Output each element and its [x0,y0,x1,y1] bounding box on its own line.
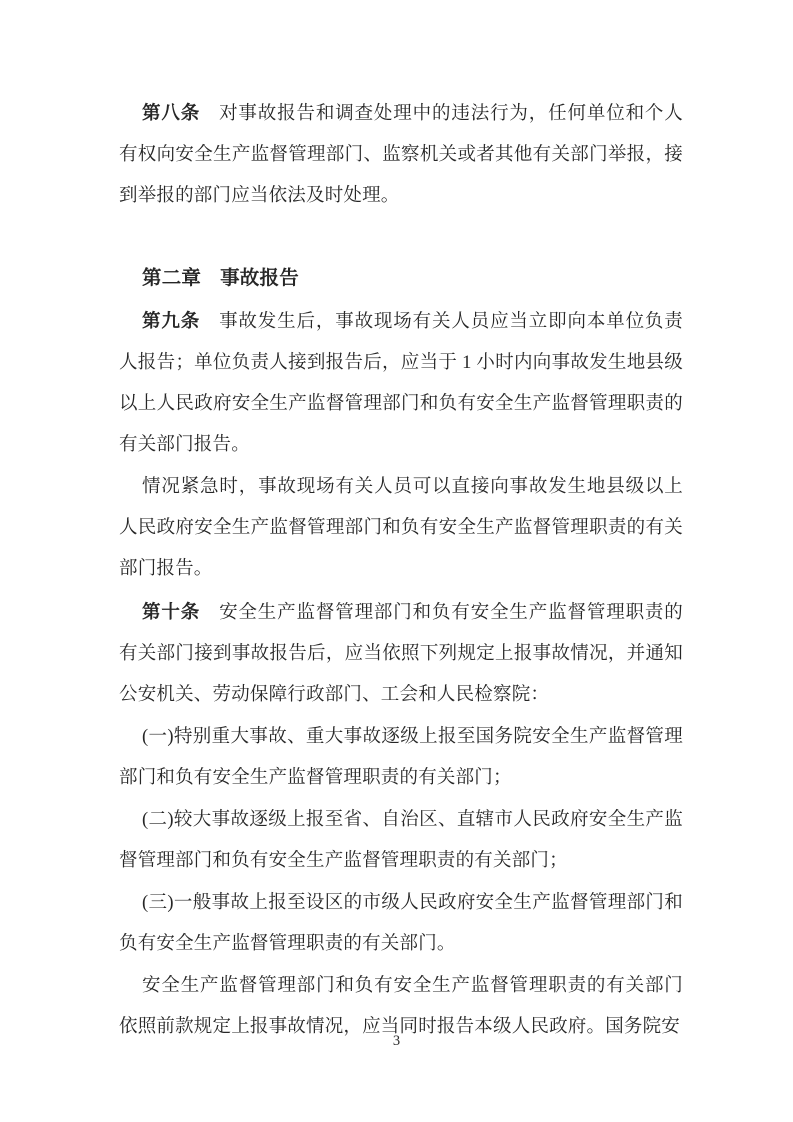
page-footer: 3 [0,1032,793,1050]
chapter-heading: 第二章事故报告 [119,258,683,299]
body-paragraph: 情况紧急时，事故现场有关人员可以直接向事故发生地县级以上人民政府安全生产监督管理… [119,467,683,590]
document-body: 第八条对事故报告和调查处理中的违法行为，任何单位和个人有权向安全生产监督管理部门… [119,91,683,1048]
paragraph-text: (二)较大事故逐级上报至省、自治区、直辖市人民政府安全生产监督管理部门和负有安全… [119,810,683,871]
article-paragraph: 第九条事故发生后，事故现场有关人员应当立即向本单位负责人报告；单位负责人接到报告… [119,302,683,466]
page-number: 3 [393,1033,400,1049]
paragraph-text: (一)特别重大事故、重大事故逐级上报至国务院安全生产监督管理部门和负有安全生产监… [119,727,683,788]
article-number: 第九条 [142,312,200,332]
article-paragraph: 第十条安全生产监督管理部门和负有安全生产监督管理职责的有关部门接到事故报告后，应… [119,593,683,716]
article-number: 第十条 [142,603,200,623]
body-paragraph: (二)较大事故逐级上报至省、自治区、直辖市人民政府安全生产监督管理部门和负有安全… [119,800,683,882]
body-paragraph: (三)一般事故上报至设区的市级人民政府安全生产监督管理部门和负有安全生产监督管理… [119,883,683,965]
body-paragraph: (一)特别重大事故、重大事故逐级上报至国务院安全生产监督管理部门和负有安全生产监… [119,717,683,799]
chapter-title: 事故报告 [220,268,299,289]
paragraph-text: 安全生产监督管理部门和负有安全生产监督管理职责的有关部门依照前款规定上报事故情况… [119,976,683,1037]
article-paragraph: 第八条对事故报告和调查处理中的违法行为，任何单位和个人有权向安全生产监督管理部门… [119,94,683,217]
document-page: 第八条对事故报告和调查处理中的违法行为，任何单位和个人有权向安全生产监督管理部门… [0,0,793,1122]
paragraph-text: 事故发生后，事故现场有关人员应当立即向本单位负责人报告；单位负责人接到报告后，应… [119,312,683,455]
paragraph-text: 情况紧急时，事故现场有关人员可以直接向事故发生地县级以上人民政府安全生产监督管理… [119,477,683,579]
paragraph-text: (三)一般事故上报至设区的市级人民政府安全生产监督管理部门和负有安全生产监督管理… [119,893,683,954]
paragraph-text: 对事故报告和调查处理中的违法行为，任何单位和个人有权向安全生产监督管理部门、监察… [119,104,683,206]
chapter-number: 第二章 [142,268,201,289]
paragraph-text: 安全生产监督管理部门和负有安全生产监督管理职责的有关部门接到事故报告后，应当依照… [119,603,683,705]
article-number: 第八条 [142,104,200,124]
